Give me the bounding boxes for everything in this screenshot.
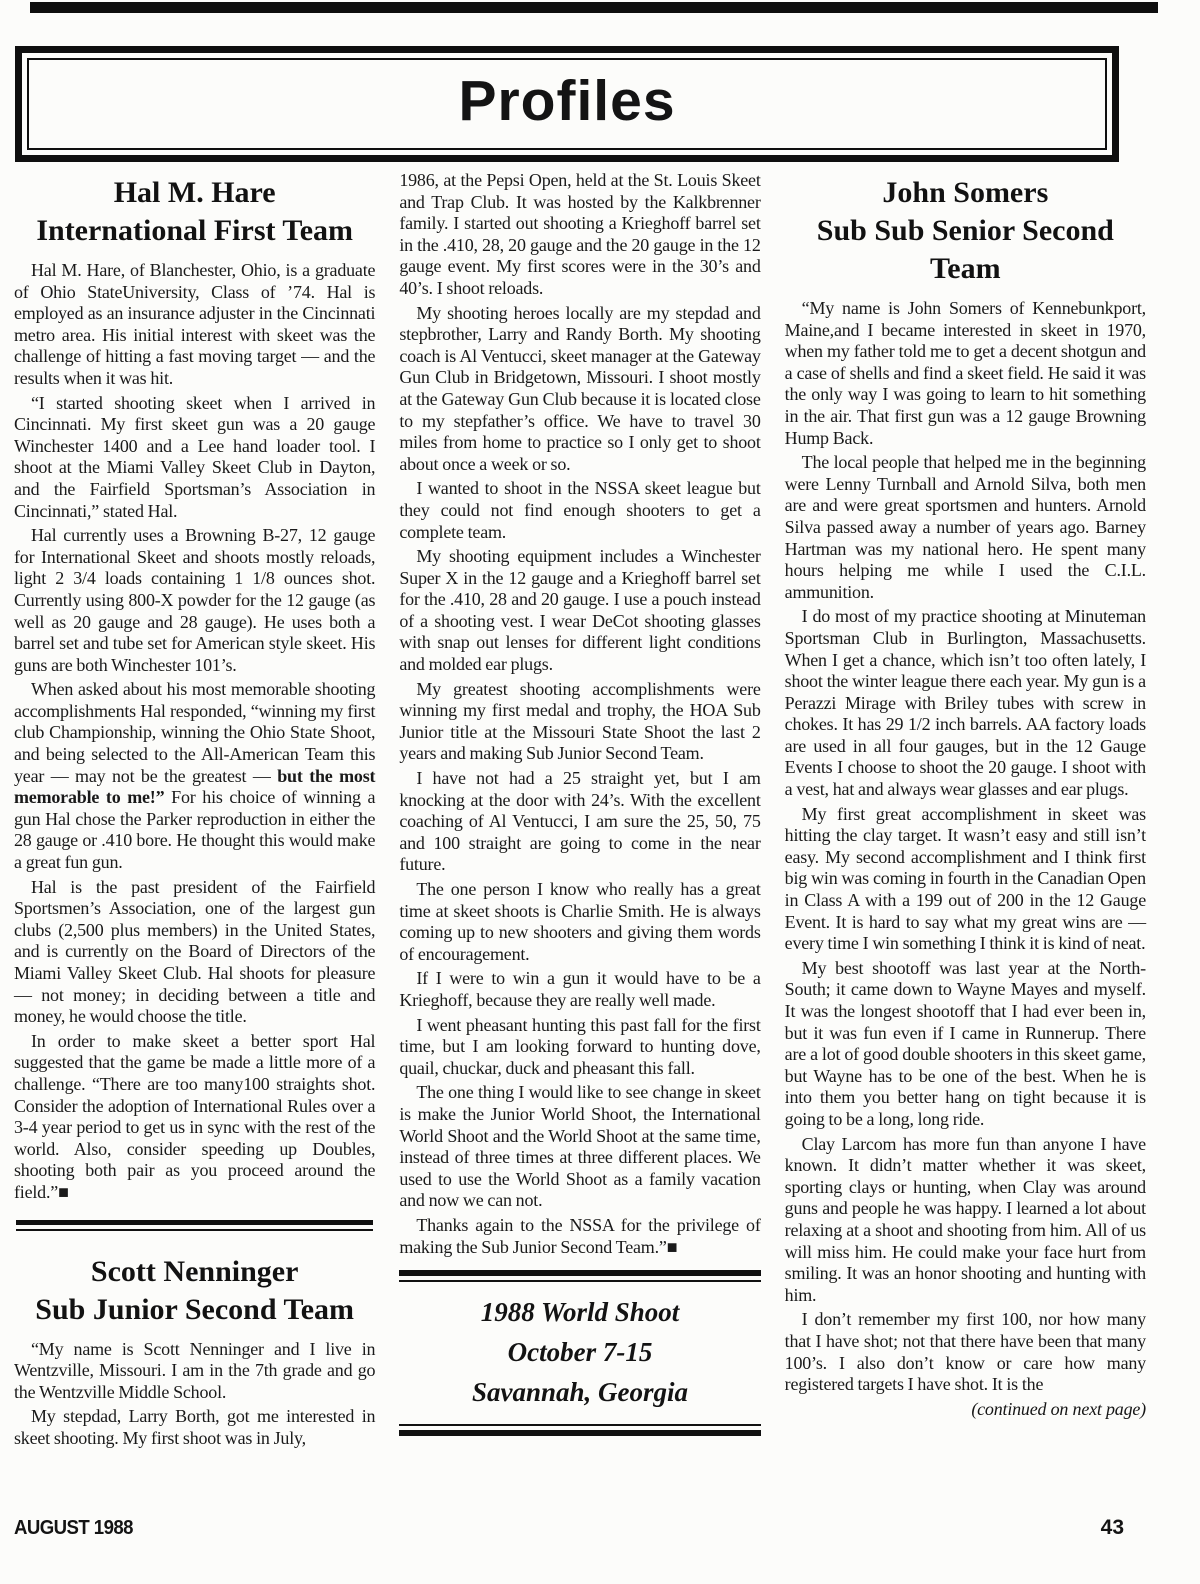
world-shoot-notice: 1988 World Shoot October 7-15 Savannah, …: [399, 1270, 760, 1436]
article-title-line: Sub Sub Senior Second Team: [785, 212, 1146, 288]
section-divider: [16, 1220, 373, 1231]
notice-body: 1988 World Shoot October 7-15 Savannah, …: [399, 1282, 760, 1424]
paragraph: In order to make skeet a better sport Ha…: [14, 1031, 375, 1204]
paragraph: The one thing I would like to see change…: [399, 1082, 760, 1212]
article-title-line: John Somers: [785, 174, 1146, 212]
paragraph: I have not had a 25 straight yet, but I …: [399, 768, 760, 876]
column-2: 1986, at the Pepsi Open, held at the St.…: [399, 170, 760, 1453]
article-title-john: John Somers Sub Sub Senior Second Team: [785, 174, 1146, 288]
paragraph: My greatest shooting accomplishments wer…: [399, 679, 760, 765]
paragraph: My best shootoff was last year at the No…: [785, 958, 1146, 1131]
page-number: 43: [1101, 1516, 1124, 1540]
paragraph: My shooting heroes locally are my stepda…: [399, 303, 760, 476]
article-title-line: Hal M. Hare: [14, 174, 375, 212]
article-title-line: Sub Junior Second Team: [14, 1291, 375, 1329]
notice-rule-bottom: [399, 1424, 760, 1436]
paragraph: My shooting equipment includes a Winches…: [399, 546, 760, 676]
paragraph: If I were to win a gun it would have to …: [399, 968, 760, 1011]
paragraph: The local people that helped me in the b…: [785, 452, 1146, 603]
paragraph: I do most of my practice shooting at Min…: [785, 606, 1146, 800]
continued-note: (continued on next page): [785, 1399, 1146, 1421]
paragraph: Thanks again to the NSSA for the privile…: [399, 1215, 760, 1258]
paragraph: I wanted to shoot in the NSSA skeet leag…: [399, 478, 760, 543]
paragraph: The one person I know who really has a g…: [399, 879, 760, 965]
magazine-page: Profiles Hal M. Hare International First…: [0, 0, 1200, 1584]
article-title-line: International First Team: [14, 212, 375, 250]
article-title-line: Scott Nenninger: [14, 1253, 375, 1291]
page-header-box: Profiles: [15, 46, 1119, 162]
article-title-scott: Scott Nenninger Sub Junior Second Team: [14, 1253, 375, 1329]
column-3: John Somers Sub Sub Senior Second Team “…: [785, 170, 1146, 1453]
footer-date: AUGUST 1988: [14, 1517, 133, 1540]
paragraph: “My name is Scott Nenninger and I live i…: [14, 1339, 375, 1404]
paragraph: Hal is the past president of the Fairfie…: [14, 877, 375, 1028]
footer: AUGUST 1988 43: [14, 1516, 1124, 1540]
page-title: Profiles: [458, 69, 675, 133]
paragraph: I don’t remember my first 100, nor how m…: [785, 1309, 1146, 1395]
column-1: Hal M. Hare International First Team Hal…: [14, 170, 375, 1453]
notice-line: October 7-15: [399, 1332, 760, 1372]
paragraph: Hal M. Hare, of Blanchester, Ohio, is a …: [14, 260, 375, 390]
paragraph: When asked about his most memorable shoo…: [14, 679, 375, 873]
notice-rule-top: [399, 1270, 760, 1282]
notice-line: Savannah, Georgia: [399, 1372, 760, 1412]
notice-line: 1988 World Shoot: [399, 1292, 760, 1332]
article-columns: Hal M. Hare International First Team Hal…: [14, 170, 1146, 1453]
paragraph: My first great accomplishment in skeet w…: [785, 804, 1146, 955]
paragraph: “I started shooting skeet when I arrived…: [14, 393, 375, 523]
paragraph: I went pheasant hunting this past fall f…: [399, 1015, 760, 1080]
top-scan-bar: [30, 2, 1158, 13]
paragraph: Hal currently uses a Browning B-27, 12 g…: [14, 525, 375, 676]
article-title-hal: Hal M. Hare International First Team: [14, 174, 375, 250]
paragraph: My stepdad, Larry Borth, got me interest…: [14, 1406, 375, 1449]
paragraph: Clay Larcom has more fun than anyone I h…: [785, 1134, 1146, 1307]
paragraph: “My name is John Somers of Kennebunkport…: [785, 298, 1146, 449]
page-header-inner: Profiles: [27, 58, 1107, 150]
paragraph: 1986, at the Pepsi Open, held at the St.…: [399, 170, 760, 300]
